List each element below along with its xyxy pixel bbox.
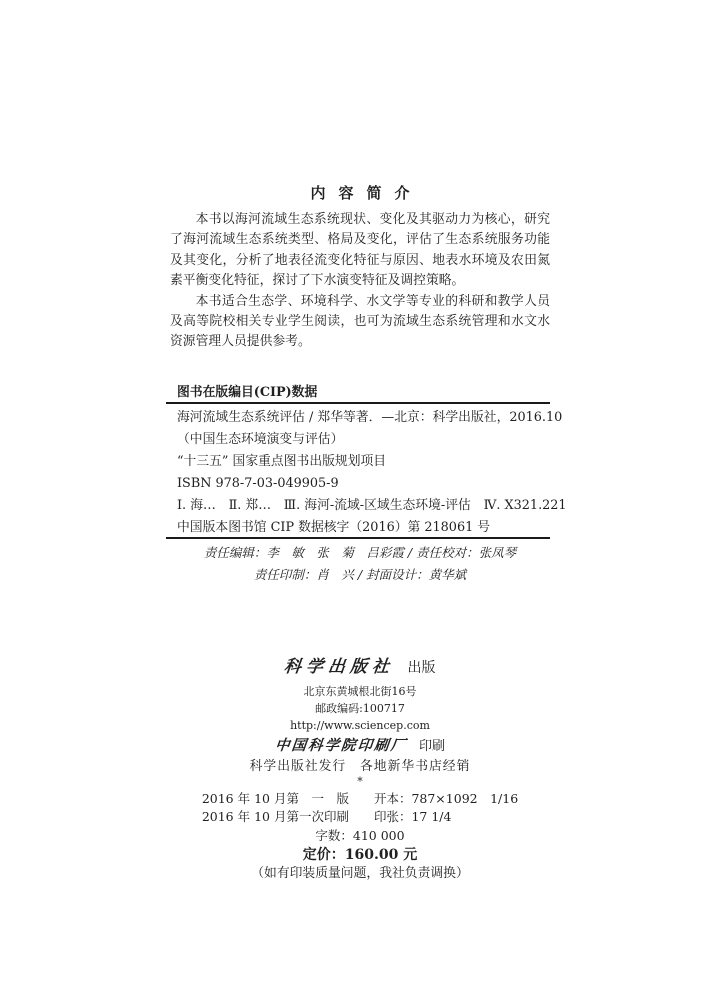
credits-block: 责任编辑：李 敏 张 菊 吕彩霞 / 责任校对：张凤琴 责任印制：肖 兴 / 封… (110, 542, 610, 586)
edition-line-1: 2016 年 10 月第 一 版 开本：787×1092 1/16 (202, 790, 518, 808)
colophon-block: 科学出版社 出版 北京东黄城根北街16号 邮政编码:100717 http://… (170, 656, 550, 883)
cip-data-block: 海河流域生态系统评估 / 郑华等著．—北京：科学出版社，2016.10 （中国生… (166, 407, 561, 539)
publisher-logo: 科学出版社 (283, 656, 395, 678)
cip-line-record-number: 中国版本图书馆 CIP 数据核字（2016）第 218061 号 (177, 517, 561, 539)
publisher-role-label: 出版 (408, 660, 436, 676)
cip-line-plan: “十三五” 国家重点图书出版规划项目 (177, 451, 561, 473)
printer-line: 中国科学院印刷厂 印刷 (170, 735, 550, 757)
intro-section: 本书以海河流域生态系统现状、变化及其驱动力为核心，研究了海河流域生态系统类型、格… (170, 210, 550, 353)
edition-block: 2016 年 10 月第 一 版 开本：787×1092 1/16 2016 年… (170, 790, 550, 826)
cip-line-isbn: ISBN 978-7-03-049905-9 (177, 473, 561, 495)
intro-paragraph-2: 本书适合生态学、环境科学、水文学等专业的科研和教学人员及高等院校相关专业学生阅读… (170, 292, 550, 353)
word-count: 字数：410 000 (170, 827, 550, 845)
publisher-postcode: 邮政编码:100717 (170, 702, 550, 716)
cip-divider-top (166, 402, 550, 404)
colophon-separator: * (170, 776, 550, 788)
edition-lines: 2016 年 10 月第 一 版 开本：787×1092 1/16 2016 年… (202, 790, 518, 826)
cip-divider-bottom (166, 537, 550, 539)
quality-note: （如有印装质量问题，我社负责调换） (170, 865, 550, 883)
distribution-line: 科学出版社发行 各地新华书店经销 (170, 758, 550, 776)
credits-print-design-line: 责任印制：肖 兴 / 封面设计：黄华斌 (110, 564, 610, 586)
publisher-address: 北京东黄城根北街16号 (170, 685, 550, 699)
intro-title: 内容简介 (170, 182, 550, 203)
copyright-page: 内容简介 本书以海河流域生态系统现状、变化及其驱动力为核心，研究了海河流域生态系… (0, 0, 720, 1000)
publisher-website: http://www.sciencep.com (170, 719, 550, 733)
cip-header: 图书在版编目(CIP)数据 (166, 381, 561, 400)
cip-line-classification: Ⅰ. 海… Ⅱ. 郑… Ⅲ. 海河-流域-区域生态环境-评估 Ⅳ. X321.2… (177, 495, 561, 517)
cip-line-series: （中国生态环境演变与评估） (177, 429, 561, 451)
printer-logo: 中国科学院印刷厂 (274, 736, 408, 756)
intro-paragraph-1: 本书以海河流域生态系统现状、变化及其驱动力为核心，研究了海河流域生态系统类型、格… (170, 210, 550, 292)
printer-role-label: 印刷 (419, 739, 445, 754)
cip-line-title: 海河流域生态系统评估 / 郑华等著．—北京：科学出版社，2016.10 (177, 407, 561, 429)
edition-line-2: 2016 年 10 月第一次印刷 印张：17 1/4 (202, 808, 518, 826)
price: 定价：160.00 元 (170, 846, 550, 865)
credits-editors-line: 责任编辑：李 敏 张 菊 吕彩霞 / 责任校对：张凤琴 (110, 542, 610, 564)
publisher-line: 科学出版社 出版 (170, 656, 550, 679)
